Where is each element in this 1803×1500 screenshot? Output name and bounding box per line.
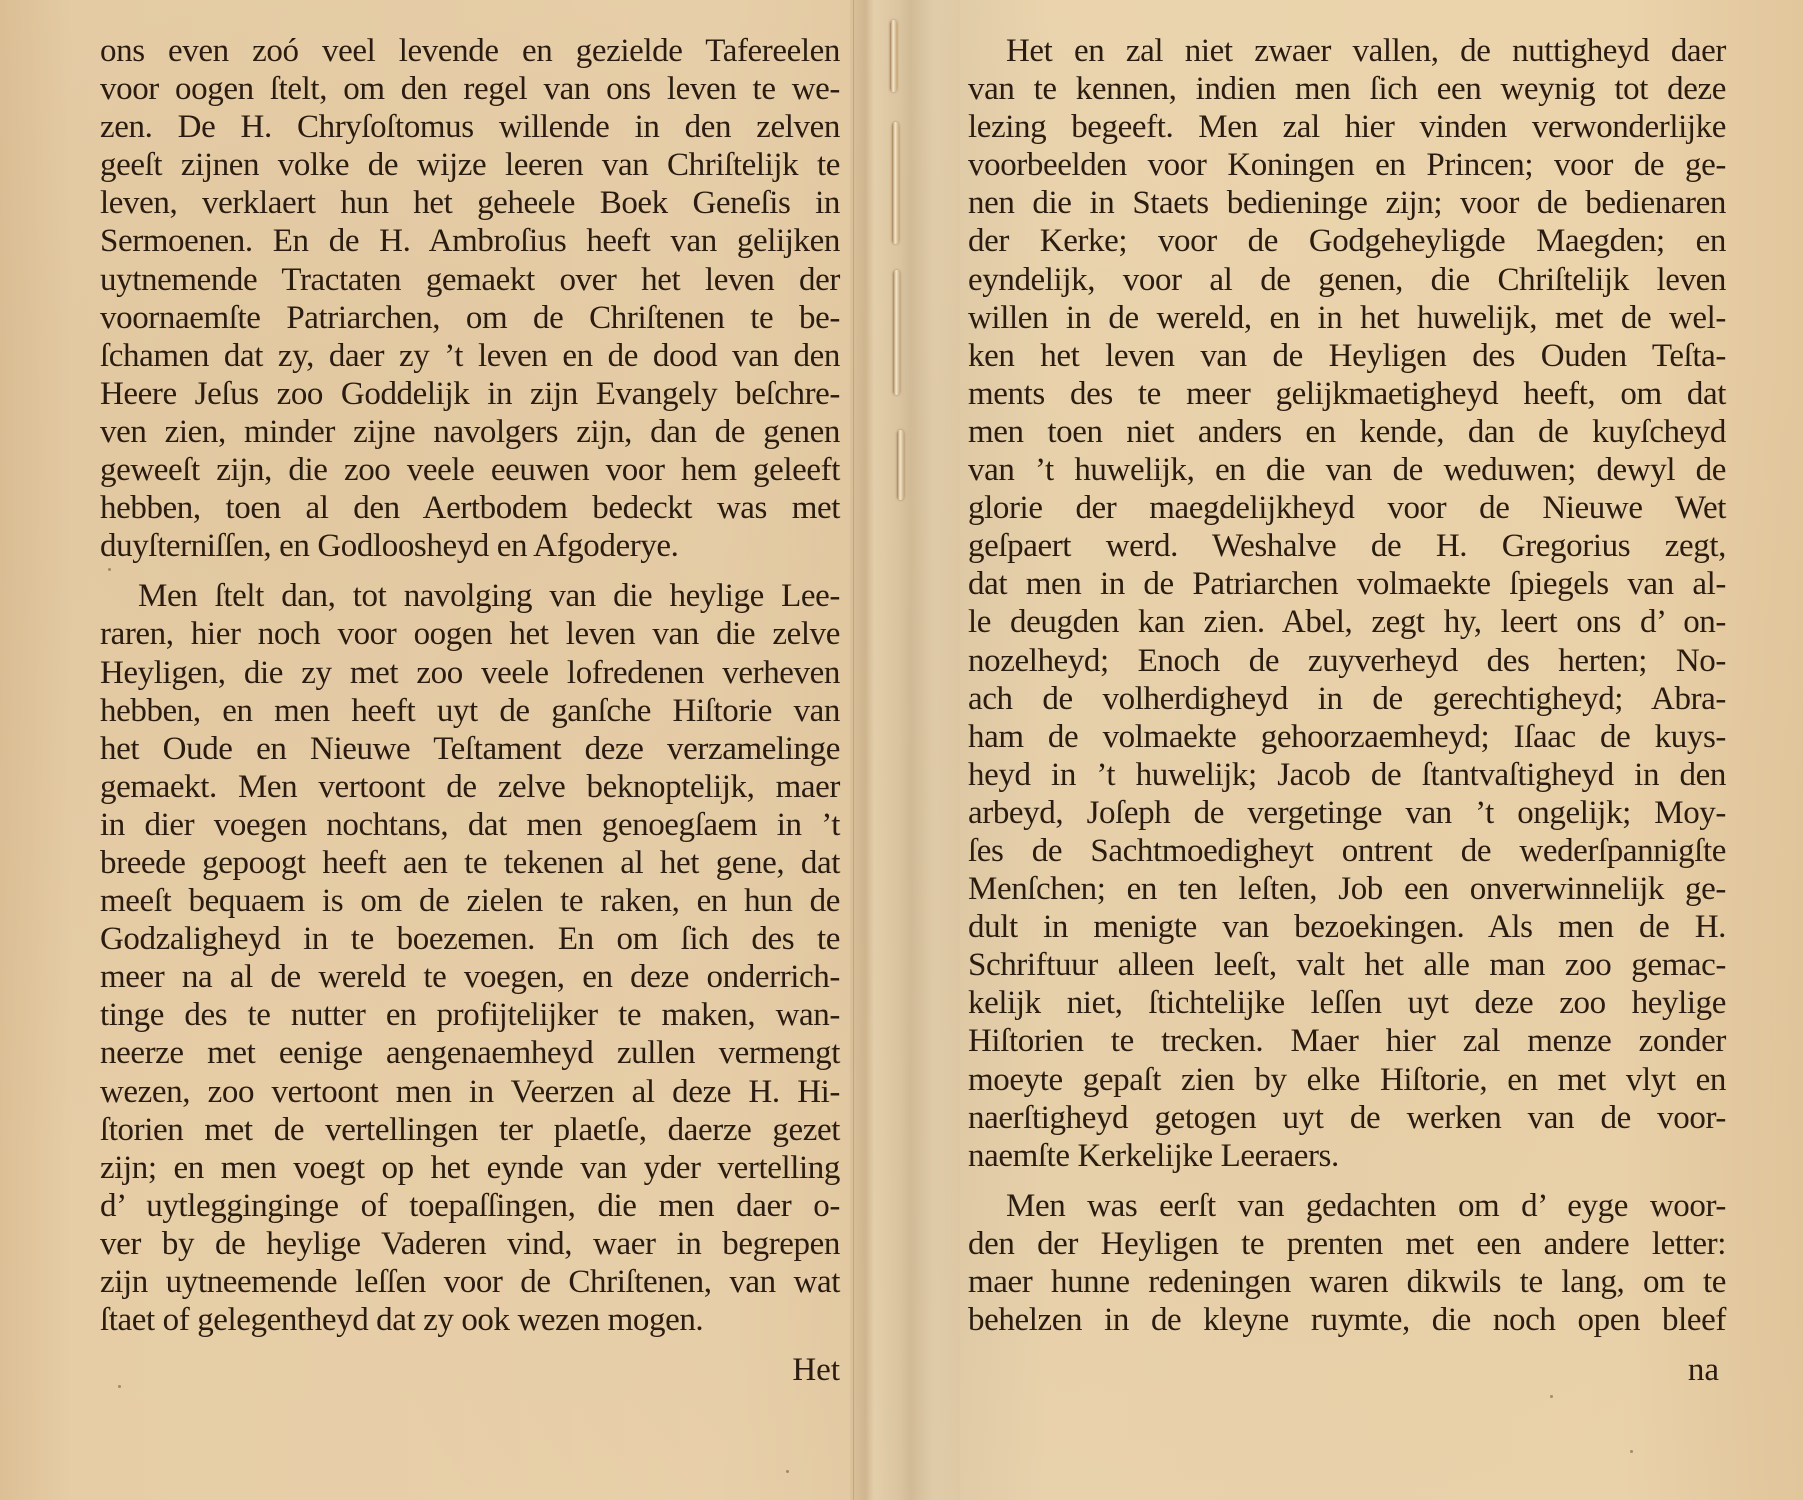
book-spread: ons even zoó veel levende en gezielde Ta… [0,0,1803,1500]
right-paragraph-2: Men was eerſt van gedachten om d’ eyge w… [968,1187,1726,1339]
text-line: Men ſtelt dan, tot navolging van die hey… [100,577,840,615]
binding-stitch [892,122,899,244]
right-catchword: na [1688,1352,1719,1389]
left-page-text: ons even zoó veel levende en gezielde Ta… [100,32,840,1339]
text-line: leven, verklaert hun het geheele Boek Ge… [100,184,840,222]
text-line: nen die in Staets bedieninge zijn; voor … [968,184,1726,222]
text-line: geſpaert werd. Weshalve de H. Gregorius … [968,527,1726,565]
text-line: Hiſtorien te trecken. Maer hier zal menz… [968,1022,1726,1060]
binding-stitch [893,270,900,395]
text-line: der Kerke; voor de Godgeheyligde Maegden… [968,222,1726,260]
text-line: neerze met eenige aengenaemheyd zullen v… [100,1034,840,1072]
text-line: geeſt zijnen volke de wijze leeren van C… [100,146,840,184]
text-line: glorie der maegdelijkheyd voor de Nieuwe… [968,489,1726,527]
right-page: Het en zal niet zwaer vallen, de nuttigh… [930,0,1803,1500]
left-page: ons even zoó veel levende en gezielde Ta… [0,0,860,1500]
text-line: arbeyd, Joſeph de vergetinge van ’t onge… [968,794,1726,832]
paper-speck [1630,1450,1633,1453]
text-line: ken het leven van de Heyligen des Ouden … [968,337,1726,375]
text-line: kelijk niet, ſtichtelijke leſſen uyt dez… [968,984,1726,1022]
text-line: voorbeelden voor Koningen en Princen; vo… [968,146,1726,184]
text-line: heyd in ’t huwelijk; Jacob de ſtantvaſti… [968,756,1726,794]
text-line: zijn uytneemende leſſen voor de Chriſten… [100,1263,840,1301]
page-edge-line [853,0,854,1500]
text-line: meer na al de wereld te voegen, en deze … [100,958,840,996]
text-line: lezing begeeft. Men zal hier vinden verw… [968,108,1726,146]
paper-speck [786,1470,789,1473]
text-line: naerſtigheyd getogen uyt de werken van d… [968,1099,1726,1137]
text-line: gemaekt. Men vertoont de zelve beknoptel… [100,768,840,806]
text-line: breede gepoogt heeft aen te tekenen al h… [100,844,840,882]
text-line: Godzaligheyd in te boezemen. En om ſich … [100,920,840,958]
text-line: geweeſt zijn, die zoo veele eeuwen voor … [100,451,840,489]
left-paragraph-1: ons even zoó veel levende en gezielde Ta… [100,32,840,565]
left-paragraph-2: Men ſtelt dan, tot navolging van die hey… [100,577,840,1339]
text-line: dult in menigte van bezoekingen. Als men… [968,908,1726,946]
text-line: van te kennen, indien men ſich een weyni… [968,70,1726,108]
text-line: Het en zal niet zwaer vallen, de nuttigh… [968,32,1726,70]
text-line: hebben, toen al den Aertbodem bedeckt wa… [100,489,840,527]
text-line: uytnemende Tractaten gemaekt over het le… [100,261,840,299]
text-line: zen. De H. Chryſoſtomus willende in den … [100,108,840,146]
text-line: in dier voegen nochtans, dat men genoegſ… [100,806,840,844]
text-line: ven zien, minder zijne navolgers zijn, d… [100,413,840,451]
text-line: dat men in de Patriarchen volmaekte ſpie… [968,565,1726,603]
text-line: men toen niet anders en kende, dan de ku… [968,413,1726,451]
paper-speck [1550,1395,1553,1398]
right-page-text: Het en zal niet zwaer vallen, de nuttigh… [968,32,1726,1339]
text-line: Sermoenen. En de H. Ambroſius heeft van … [100,222,840,260]
text-line: hebben, en men heeft uyt de ganſche Hiſt… [100,692,840,730]
text-line: Heere Jeſus zoo Goddelijk in zijn Evange… [100,375,840,413]
text-line: het Oude en Nieuwe Teſtament deze verzam… [100,730,840,768]
text-line: ments des te meer gelijkmaetigheyd heeft… [968,375,1726,413]
text-line: maer hunne redeningen waren dikwils te l… [968,1263,1726,1301]
text-line: wezen, zoo vertoont men in Veerzen al de… [100,1073,840,1111]
text-line: voornaemſte Patriarchen, om de Chriſtene… [100,299,840,337]
paper-speck [108,568,111,571]
text-line: le deugden kan zien. Abel, zegt hy, leer… [968,603,1726,641]
text-line: van ’t huwelijk, en die van de weduwen; … [968,451,1726,489]
text-line: Men was eerſt van gedachten om d’ eyge w… [968,1187,1726,1225]
binding-stitch [890,20,897,92]
text-line: eyndelijk, voor al de genen, die Chriſte… [968,261,1726,299]
paragraph-gap [968,1175,1726,1187]
text-line: tinge des te nutter en profijtelijker te… [100,996,840,1034]
text-line: behelzen in de kleyne ruymte, die noch o… [968,1301,1726,1339]
text-line: nozelheyd; Enoch de zuyverheyd des herte… [968,642,1726,680]
text-line: ver by de heylige Vaderen vind, waer in … [100,1225,840,1263]
right-paragraph-1: Het en zal niet zwaer vallen, de nuttigh… [968,32,1726,1175]
text-line: naemſte Kerkelijke Leeraers. [968,1137,1726,1175]
paragraph-gap [100,565,840,577]
text-line: moeyte gepaſt zien by elke Hiſtorie, en … [968,1061,1726,1099]
binding-stitch [897,430,904,500]
text-line: Menſchen; en ten leſten, Job een onverwi… [968,870,1726,908]
text-line: zijn; en men voegt op het eynde van yder… [100,1149,840,1187]
text-line: meeſt bequaem is om de zielen te raken, … [100,882,840,920]
text-line: raren, hier noch voor oogen het leven va… [100,615,840,653]
text-line: ſtorien met de vertellingen ter plaetſe,… [100,1111,840,1149]
text-line: ſes de Sachtmoedigheyt ontrent de wederſ… [968,832,1726,870]
text-line: Schriftuur alleen leeſt, valt het alle m… [968,946,1726,984]
text-line: den der Heyligen te prenten met een ande… [968,1225,1726,1263]
text-line: willen in de wereld, en in het huwelijk,… [968,299,1726,337]
text-line: d’ uytlegginginge of toepaſſingen, die m… [100,1187,840,1225]
text-line: ach de volherdigheyd in de gerechtigheyd… [968,680,1726,718]
left-catchword: Het [792,1352,840,1389]
text-line: voor oogen ſtelt, om den regel van ons l… [100,70,840,108]
text-line: ſchamen dat zy, daer zy ’t leven en de d… [100,337,840,375]
text-line: Heyligen, die zy met zoo veele lofredene… [100,654,840,692]
text-line: ſtaet of gelegentheyd dat zy ook wezen m… [100,1301,840,1339]
text-line: duyſterniſſen, en Godloosheyd en Afgoder… [100,527,840,565]
text-line: ons even zoó veel levende en gezielde Ta… [100,32,840,70]
paper-speck [118,1385,121,1388]
text-line: ham de volmaekte gehoorzaemheyd; Iſaac d… [968,718,1726,756]
